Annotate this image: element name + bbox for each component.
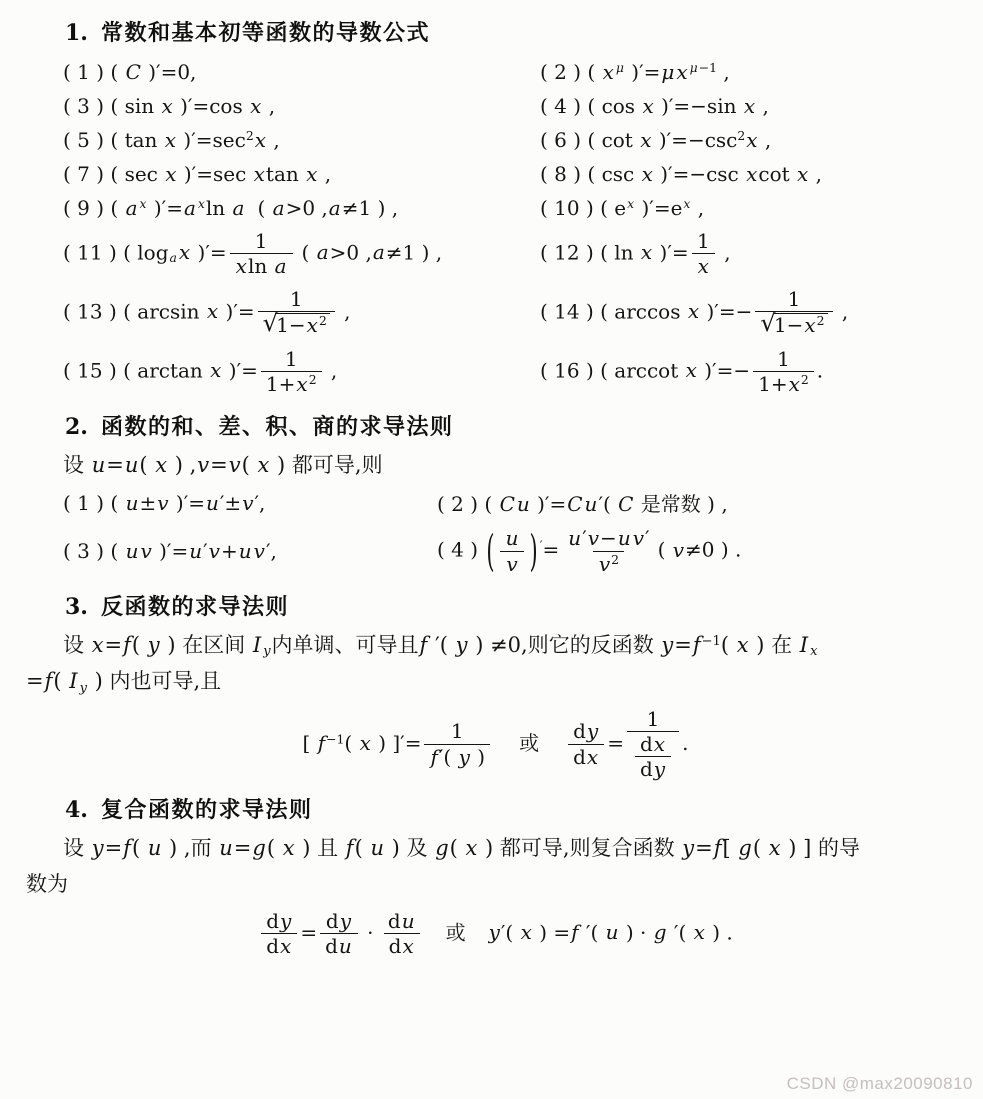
formula-item-04: ( 4 ) ( cos x )′=−sin x , [540, 89, 965, 123]
section-2-title: 函数的和、差、积、商的求导法则 [101, 414, 454, 439]
section-chain-rule: 4.复合函数的求导法则 设 y=f( u ) ,而 u=g( x ) 且 f( … [26, 793, 965, 958]
section-2-number: 2. [65, 414, 88, 440]
section-4-title: 复合函数的求导法则 [101, 797, 313, 822]
formula-item-05: ( 5 ) ( tan x )′=sec2x , [63, 123, 540, 157]
formula-item-14: ( 14 ) ( arccos x )′=−1√1−x2 , [540, 283, 965, 343]
section-4-heading: 4.复合函数的求导法则 [65, 793, 965, 824]
formula-item-10: ( 10 ) ( ex )′=ex , [540, 191, 965, 225]
section-2-heading: 2.函数的和、差、积、商的求导法则 [65, 410, 965, 441]
formula-grid-section-1: ( 1 ) ( C )′=0, ( 2 ) ( xμ )′=μxμ−1 , ( … [63, 55, 965, 400]
section-1-title: 常数和基本初等函数的导数公式 [101, 20, 430, 45]
section-3-heading: 3.反函数的求导法则 [65, 590, 965, 621]
formula-item-13: ( 13 ) ( arcsin x )′=1√1−x2 , [63, 283, 540, 343]
formula-item-01: ( 1 ) ( C )′=0, [63, 55, 540, 89]
formula-item-06: ( 6 ) ( cot x )′=−csc2x , [540, 123, 965, 157]
formula-item-03: ( 3 ) ( sin x )′=cos x , [63, 89, 540, 123]
formula-item-08: ( 8 ) ( csc x )′=−csc xcot x , [540, 157, 965, 191]
textbook-page: 1.常数和基本初等函数的导数公式 ( 1 ) ( C )′=0, ( 2 ) (… [0, 0, 983, 958]
section-3-number: 3. [65, 594, 88, 620]
section-1-number: 1. [65, 20, 88, 46]
section-4-paragraph-line-2: 数为 [26, 868, 965, 898]
section-4-paragraph-line-1: 设 y=f( u ) ,而 u=g( x ) 且 f( u ) 及 g( x )… [63, 832, 965, 862]
inverse-function-formula: [ f−1( x ) ]′=1f′( y )或dydx=1dxdy. [26, 708, 965, 781]
section-4-number: 4. [65, 797, 88, 823]
section-basic-derivative-formulas: 1.常数和基本初等函数的导数公式 ( 1 ) ( C )′=0, ( 2 ) (… [26, 16, 965, 400]
section-3-title: 反函数的求导法则 [101, 594, 289, 619]
formula-item-09: ( 9 ) ( ax )′=axln a( a>0 ,a≠1 ) , [63, 191, 540, 225]
formula-item-16: ( 16 ) ( arccot x )′=−11+x2. [540, 343, 965, 401]
formula-item-11: ( 11 ) ( logax )′=1xln a( a>0 ,a≠1 ) , [63, 225, 540, 283]
formula-item-02: ( 2 ) ( xμ )′=μxμ−1 , [540, 55, 965, 89]
csdn-watermark: CSDN @max20090810 [787, 1074, 973, 1094]
chain-rule-formula: dydx=dydu · dudx或y′( x ) =f ′( u ) · g ′… [26, 910, 965, 958]
formula-item-12: ( 12 ) ( ln x )′=1x , [540, 225, 965, 283]
rule-item-1: ( 1 ) ( u±v )′=u′±v′, [63, 486, 437, 520]
section-inverse-function-rule: 3.反函数的求导法则 设 x=f( y ) 在区间 Iy内单调、可导且f ′( … [26, 590, 965, 781]
rule-item-2: ( 2 ) ( Cu )′=Cu′( C 是常数 ) , [437, 483, 965, 522]
formula-item-15: ( 15 ) ( arctan x )′=11+x2 , [63, 343, 540, 401]
section-1-heading: 1.常数和基本初等函数的导数公式 [65, 16, 965, 47]
section-3-paragraph-line-2: =f( Iy ) 内也可导,且 [26, 665, 965, 695]
section-3-paragraph-line-1: 设 x=f( y ) 在区间 Iy内单调、可导且f ′( y ) ≠0,则它的反… [63, 629, 965, 659]
section-derivative-rules: 2.函数的和、差、积、商的求导法则 设 u=u( x ) ,v=v( x ) 都… [26, 410, 965, 580]
formula-item-07: ( 7 ) ( sec x )′=sec xtan x , [63, 157, 540, 191]
rule-item-3: ( 3 ) ( uv )′=u′v+uv′, [63, 534, 437, 568]
section-2-intro: 设 u=u( x ) ,v=v( x ) 都可导,则 [63, 449, 965, 479]
rule-item-4: ( 4 ) (uv)′=u′v−uv′v2( v≠0 ) . [437, 522, 965, 580]
formula-grid-section-2: ( 1 ) ( u±v )′=u′±v′, ( 2 ) ( Cu )′=Cu′(… [63, 483, 965, 580]
